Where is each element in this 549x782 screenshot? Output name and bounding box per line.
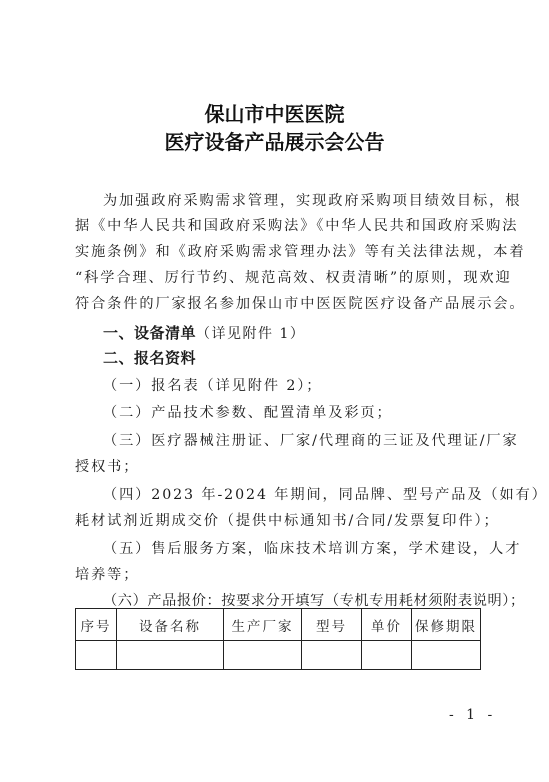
page-number: - 1 - — [449, 707, 496, 723]
intro-line-1: 为加强政府采购需求管理，实现政府采购项目绩效目标，根 — [103, 190, 487, 210]
intro-line-5: 符合条件的厂家报名参加保山市中医医院医疗设备产品展示会。 — [75, 293, 487, 313]
cell-warranty-period — [412, 641, 481, 670]
header-manufacturer: 生产厂家 — [224, 609, 302, 641]
cell-equipment-name — [117, 641, 224, 670]
header-equipment-name: 设备名称 — [117, 609, 224, 641]
item-1: （一）报名表（详见附件 2）； — [103, 375, 487, 395]
item-4-line-2: 耗材试剂近期成交价（提供中标通知书/合同/发票复印件）； — [75, 510, 487, 530]
item-3-line-1: （三）医疗器械注册证、厂家/代理商的三证及代理证/厂家 — [103, 430, 487, 450]
title-announcement: 医疗设备产品展示会公告 — [0, 126, 549, 155]
section-registration-materials: 二、报名资料 — [103, 347, 487, 368]
item-5-line-2: 培养等； — [75, 564, 487, 584]
header-warranty-period: 保修期限 — [412, 609, 481, 641]
item-6: （六）产品报价：按要求分开填写（专机专用耗材须附表说明）； — [103, 590, 487, 610]
header-unit-price: 单价 — [362, 609, 412, 641]
item-5-line-1: （五）售后服务方案，临床技术培训方案，学术建设，人才 — [103, 538, 487, 558]
cell-manufacturer — [224, 641, 302, 670]
cell-model — [302, 641, 362, 670]
header-serial-no: 序号 — [76, 609, 117, 641]
section-note: （详见附件 1） — [196, 326, 305, 342]
intro-line-3: 实施条例》和《政府采购需求管理办法》等有关法律法规，本着 — [75, 241, 487, 261]
intro-line-2: 据《中华人民共和国政府采购法》《中华人民共和国政府采购法 — [75, 215, 487, 235]
item-4-line-1: （四）2023 年-2024 年期间，同品牌、型号产品及（如有） — [103, 484, 487, 504]
table-header-row: 序号 设备名称 生产厂家 型号 单价 保修期限 — [76, 609, 481, 641]
item-2: （二）产品技术参数、配置清单及彩页； — [103, 402, 487, 422]
title-hospital-name: 保山市中医医院 — [0, 98, 549, 127]
quotation-table: 序号 设备名称 生产厂家 型号 单价 保修期限 — [75, 608, 481, 670]
intro-line-4: “科学合理、厉行节约、规范高效、权责清晰”的原则，现欢迎 — [75, 267, 487, 287]
section-heading: 一、设备清单 — [103, 324, 196, 342]
cell-serial-no — [76, 641, 117, 670]
cell-unit-price — [362, 641, 412, 670]
header-model: 型号 — [302, 609, 362, 641]
section-equipment-list: 一、设备清单（详见附件 1） — [103, 322, 487, 343]
table-row — [76, 641, 481, 670]
item-3-line-2: 授权书； — [75, 456, 487, 476]
